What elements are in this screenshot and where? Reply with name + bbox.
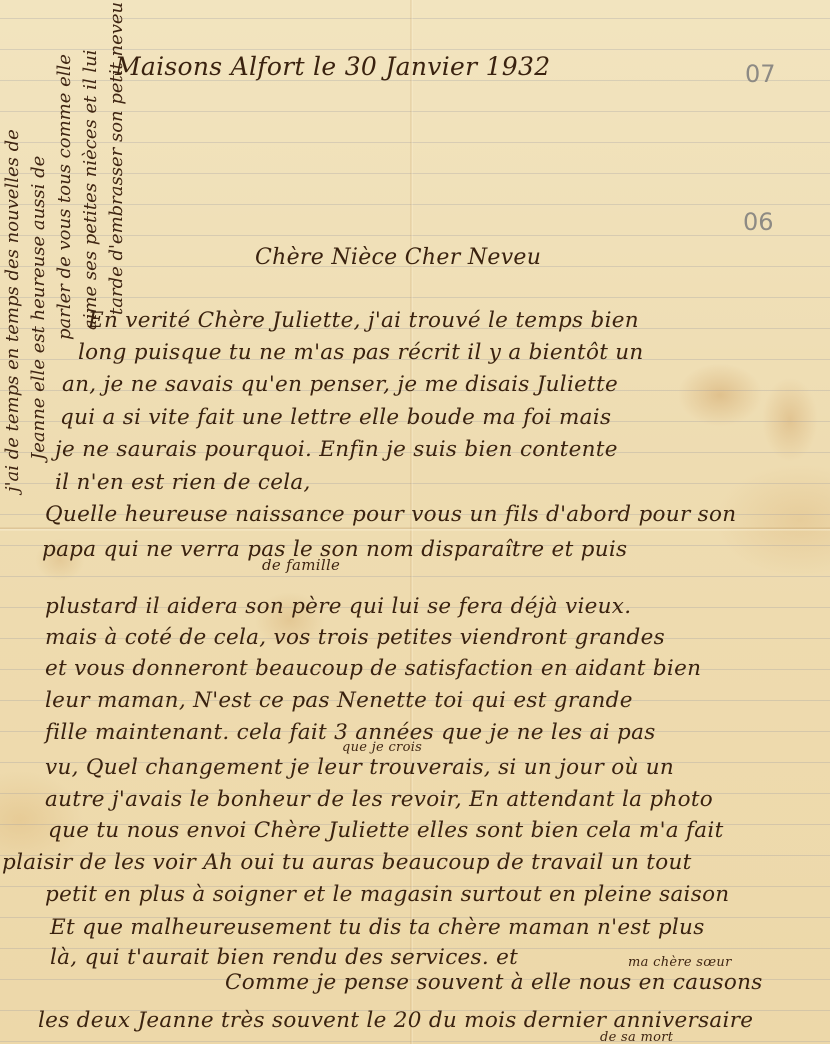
margin-note-line: Jeanne elle est heureuse aussi de [28, 156, 49, 460]
insertion-de-sa-mort: de sa mort [600, 1030, 673, 1044]
letter-line: vu, Quel changement je leur trouverais, … [45, 755, 674, 780]
letter-line: je ne saurais pourquoi. Enfin je suis bi… [55, 437, 618, 462]
letter-line: que tu nous envoi Chère Juliette elles s… [48, 818, 724, 843]
letter-line: En verité Chère Juliette, j'ai trouvé le… [88, 308, 639, 333]
letter-line: petit en plus à soigner et le magasin su… [45, 882, 729, 907]
letter-line: et vous donneront beaucoup de satisfacti… [45, 656, 701, 681]
margin-note-line: aime ses petites nièces et il lui [80, 50, 101, 330]
pencil-mark-top: 07 [745, 60, 776, 88]
letter-line: Quelle heureuse naissance pour vous un f… [45, 502, 736, 527]
horizontal-fold-crease [0, 527, 830, 531]
margin-note-line: parler de vous tous comme elle [54, 54, 75, 340]
letter-line: il n'en est rien de cela, [55, 470, 311, 495]
letter-line: plustard il aidera son père qui lui se f… [45, 594, 631, 619]
letter-line: qui a si vite fait une lettre elle boude… [60, 405, 611, 430]
letter-line: an, je ne savais qu'en penser, je me dis… [62, 372, 618, 397]
letter-line: autre j'avais le bonheur de les revoir, … [45, 787, 713, 812]
letter-line: plaisir de les voir Ah oui tu auras beau… [2, 850, 692, 875]
letter-line: mais à coté de cela, vos trois petites v… [45, 625, 665, 650]
margin-note-line: tarde d'embrasser son petit neveu [106, 2, 127, 315]
margin-note-line: j'ai de temps en temps des nouvelles de [2, 129, 23, 492]
insertion-ma-chere-soeur: ma chère sœur [628, 955, 732, 970]
letter-line: long puisque tu ne m'as pas récrit il y … [78, 340, 644, 365]
insertion-de-famille: de famille [262, 556, 340, 574]
salutation: Chère Nièce Cher Neveu [255, 245, 541, 270]
ruled-line [0, 576, 830, 577]
letter-line: leur maman, N'est ce pas Nenette toi qui… [45, 688, 633, 713]
pencil-mark-bottom: 06 [743, 208, 774, 236]
place-and-date: Maisons Alfort le 30 Janvier 1932 [115, 52, 550, 81]
letter-line: Comme je pense souvent à elle nous en ca… [225, 970, 763, 995]
letter-line: Et que malheureusement tu dis ta chère m… [50, 915, 705, 940]
letter-line: là, qui t'aurait bien rendu des services… [50, 945, 518, 970]
insertion-que-je-crois: que je crois [342, 740, 422, 755]
ruled-line [0, 1041, 830, 1042]
